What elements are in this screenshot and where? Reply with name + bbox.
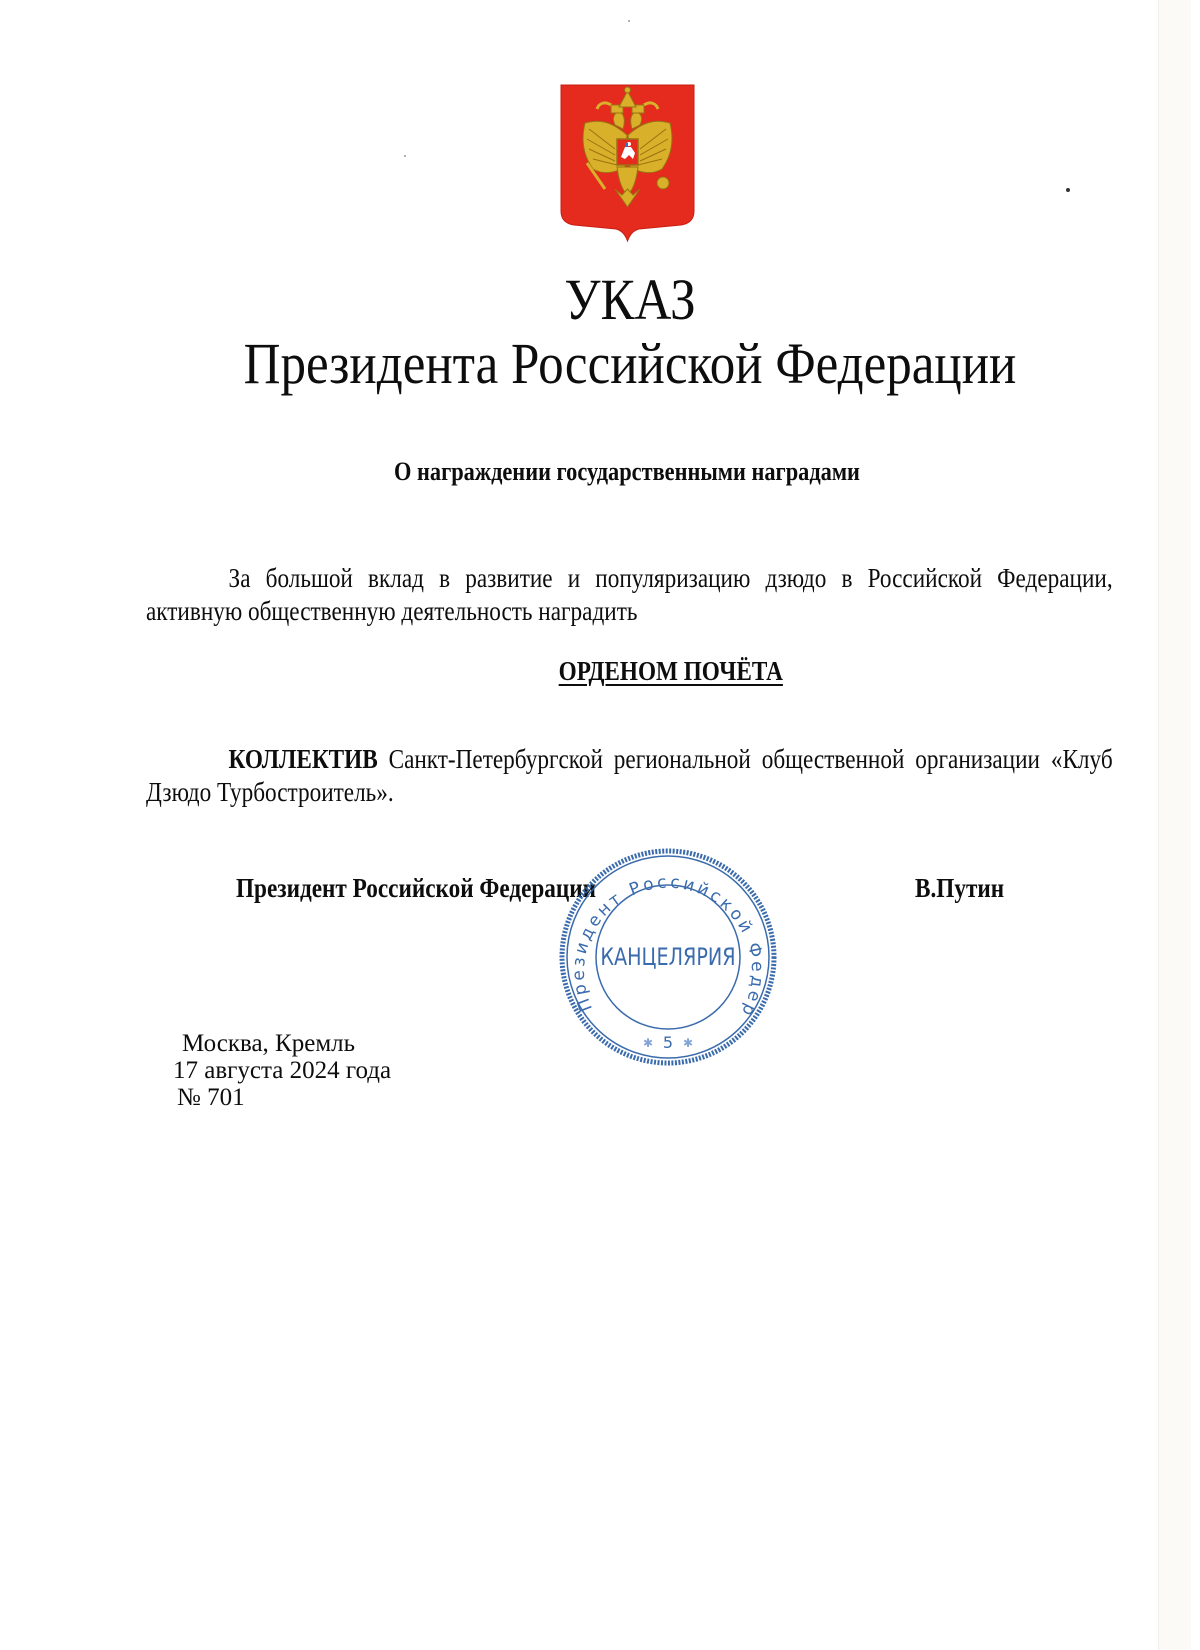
official-seal-icon: Президент Российской Федерации КАНЦЕЛЯРИ… [556,845,780,1069]
scan-speck [628,20,630,22]
decree-page: УКАЗ Президента Российской Федерации О н… [0,0,1200,1650]
recipient-lead: КОЛЛЕКТИВ [229,744,378,774]
signatory-title: Президент Российской Федерации [236,872,596,905]
scan-speck [1066,188,1070,192]
decree-number: № 701 [177,1084,245,1112]
recipient-paragraph: КОЛЛЕКТИВ Санкт-Петербургской региональн… [146,743,1113,809]
stamp-number: 5 [663,1033,673,1052]
scan-speck [404,155,406,157]
scan-edge [1158,0,1191,1650]
stamp-star-icon: ✱ [643,1036,653,1050]
signatory-name: В.Путин [915,872,1004,905]
decree-issuer-title: Президента Российской Федерации [76,332,1185,396]
stamp-center-text: КАНЦЕЛЯРИЯ [600,944,735,972]
decree-type-title: УКАЗ [76,268,1185,332]
award-name: ОРДЕНОМ ПОЧЁТА [0,655,1200,688]
decree-place: Москва, Кремль [182,1030,355,1058]
russian-coat-of-arms-icon [559,83,696,243]
decree-subject: О награждении государственными наградами [88,456,1166,488]
decree-date: 17 августа 2024 года [173,1057,391,1085]
stamp-star-icon: ✱ [683,1036,693,1050]
decree-paragraph: За большой вклад в развитие и популяриза… [146,562,1113,628]
